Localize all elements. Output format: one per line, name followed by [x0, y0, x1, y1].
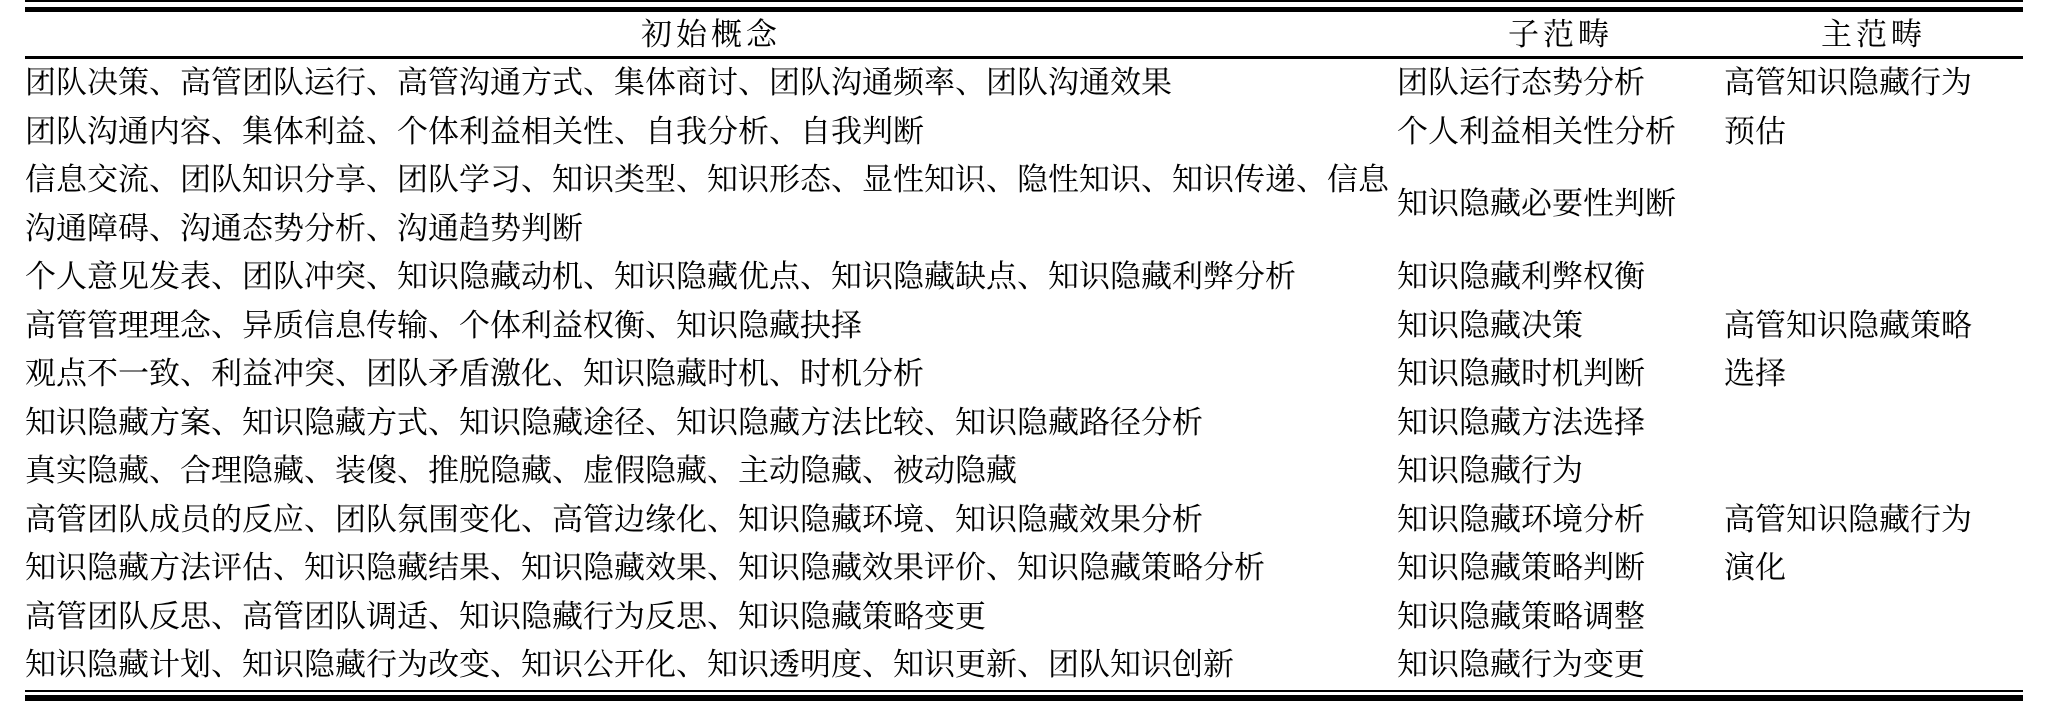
cell-initial-concepts: 个人意见发表、团队冲突、知识隐藏动机、知识隐藏优点、知识隐藏缺点、知识隐藏利弊分… — [25, 253, 1397, 302]
table-row: 高管团队成员的反应、团队氛围变化、高管边缘化、知识隐藏环境、知识隐藏效果分析 知… — [25, 496, 2023, 545]
cell-sub-category: 团队运行态势分析 — [1397, 59, 1724, 108]
cell-sub-category: 知识隐藏环境分析 — [1397, 496, 1724, 545]
table-row: 团队沟通内容、集体利益、个体利益相关性、自我分析、自我判断 个人利益相关性分析 … — [25, 108, 2023, 157]
cell-sub-category: 知识隐藏必要性判断 — [1397, 156, 1724, 253]
header-initial-concepts: 初始概念 — [25, 13, 1397, 56]
cell-main-category: 高管知识隐藏行为 — [1724, 496, 2023, 545]
cell-sub-category: 知识隐藏行为 — [1397, 447, 1724, 496]
table-row: 信息交流、团队知识分享、团队学习、知识类型、知识形态、显性知识、隐性知识、知识传… — [25, 156, 2023, 253]
cell-initial-concepts: 团队决策、高管团队运行、高管沟通方式、集体商讨、团队沟通频率、团队沟通效果 — [25, 59, 1397, 108]
cell-sub-category: 知识隐藏策略判断 — [1397, 544, 1724, 593]
table-row: 团队决策、高管团队运行、高管沟通方式、集体商讨、团队沟通频率、团队沟通效果 团队… — [25, 59, 2023, 108]
table-row: 知识隐藏方法评估、知识隐藏结果、知识隐藏效果、知识隐藏效果评价、知识隐藏策略分析… — [25, 544, 2023, 593]
cell-sub-category-text: 知识隐藏必要性判断 — [1397, 180, 1676, 229]
cell-initial-concepts: 信息交流、团队知识分享、团队学习、知识类型、知识形态、显性知识、隐性知识、知识传… — [25, 156, 1397, 253]
cell-sub-category: 知识隐藏行为变更 — [1397, 641, 1724, 690]
cell-initial-concepts: 知识隐藏方案、知识隐藏方式、知识隐藏途径、知识隐藏方法比较、知识隐藏路径分析 — [25, 399, 1397, 448]
table-rule-top-thin — [25, 0, 2023, 2]
table-row: 高管团队反思、高管团队调适、知识隐藏行为反思、知识隐藏策略变更 知识隐藏策略调整 — [25, 593, 2023, 642]
table-rule-bottom-thick — [25, 695, 2023, 701]
cell-initial-concepts: 高管管理理念、异质信息传输、个体利益权衡、知识隐藏抉择 — [25, 302, 1397, 351]
cell-sub-category: 知识隐藏策略调整 — [1397, 593, 1724, 642]
header-main-category: 主范畴 — [1724, 13, 2023, 56]
table-row: 知识隐藏计划、知识隐藏行为改变、知识公开化、知识透明度、知识更新、团队知识创新 … — [25, 641, 2023, 690]
cell-sub-category: 知识隐藏时机判断 — [1397, 350, 1724, 399]
cell-main-category: 预估 — [1724, 108, 2023, 157]
cell-main-category: 高管知识隐藏策略 — [1724, 302, 2023, 351]
table-row: 真实隐藏、合理隐藏、装傻、推脱隐藏、虚假隐藏、主动隐藏、被动隐藏 知识隐藏行为 — [25, 447, 2023, 496]
table-row: 知识隐藏方案、知识隐藏方式、知识隐藏途径、知识隐藏方法比较、知识隐藏路径分析 知… — [25, 399, 2023, 448]
table-body: 团队决策、高管团队运行、高管沟通方式、集体商讨、团队沟通频率、团队沟通效果 团队… — [25, 59, 2023, 690]
table-rule-top-thick — [25, 7, 2023, 12]
table-header-row: 初始概念 子范畴 主范畴 — [25, 13, 2023, 56]
cell-initial-concepts: 真实隐藏、合理隐藏、装傻、推脱隐藏、虚假隐藏、主动隐藏、被动隐藏 — [25, 447, 1397, 496]
cell-main-category: 高管知识隐藏行为 — [1724, 59, 2023, 108]
cell-initial-concepts: 观点不一致、利益冲突、团队矛盾激化、知识隐藏时机、时机分析 — [25, 350, 1397, 399]
cell-sub-category: 知识隐藏决策 — [1397, 302, 1724, 351]
cell-main-category: 演化 — [1724, 544, 2023, 593]
cell-main-category — [1724, 253, 2023, 302]
coding-table: 初始概念 子范畴 主范畴 团队决策、高管团队运行、高管沟通方式、集体商讨、团队沟… — [25, 0, 2023, 720]
cell-main-category: 选择 — [1724, 350, 2023, 399]
table-row: 个人意见发表、团队冲突、知识隐藏动机、知识隐藏优点、知识隐藏缺点、知识隐藏利弊分… — [25, 253, 2023, 302]
table-rule-bottom-thin — [25, 690, 2023, 692]
table-row: 观点不一致、利益冲突、团队矛盾激化、知识隐藏时机、时机分析 知识隐藏时机判断 选… — [25, 350, 2023, 399]
header-sub-category: 子范畴 — [1397, 13, 1724, 56]
cell-sub-category: 个人利益相关性分析 — [1397, 108, 1724, 157]
cell-sub-category: 知识隐藏利弊权衡 — [1397, 253, 1724, 302]
cell-main-category — [1724, 593, 2023, 642]
cell-sub-category: 知识隐藏方法选择 — [1397, 399, 1724, 448]
cell-initial-concepts: 知识隐藏方法评估、知识隐藏结果、知识隐藏效果、知识隐藏效果评价、知识隐藏策略分析 — [25, 544, 1397, 593]
cell-main-category — [1724, 641, 2023, 690]
cell-initial-concepts: 高管团队反思、高管团队调适、知识隐藏行为反思、知识隐藏策略变更 — [25, 593, 1397, 642]
paper-table-page: 初始概念 子范畴 主范畴 团队决策、高管团队运行、高管沟通方式、集体商讨、团队沟… — [0, 0, 2048, 720]
cell-initial-concepts: 高管团队成员的反应、团队氛围变化、高管边缘化、知识隐藏环境、知识隐藏效果分析 — [25, 496, 1397, 545]
cell-initial-concepts: 知识隐藏计划、知识隐藏行为改变、知识公开化、知识透明度、知识更新、团队知识创新 — [25, 641, 1397, 690]
cell-main-category — [1724, 399, 2023, 448]
cell-initial-concepts: 团队沟通内容、集体利益、个体利益相关性、自我分析、自我判断 — [25, 108, 1397, 157]
table-row: 高管管理理念、异质信息传输、个体利益权衡、知识隐藏抉择 知识隐藏决策 高管知识隐… — [25, 302, 2023, 351]
cell-main-category — [1724, 156, 2023, 253]
cell-main-category — [1724, 447, 2023, 496]
